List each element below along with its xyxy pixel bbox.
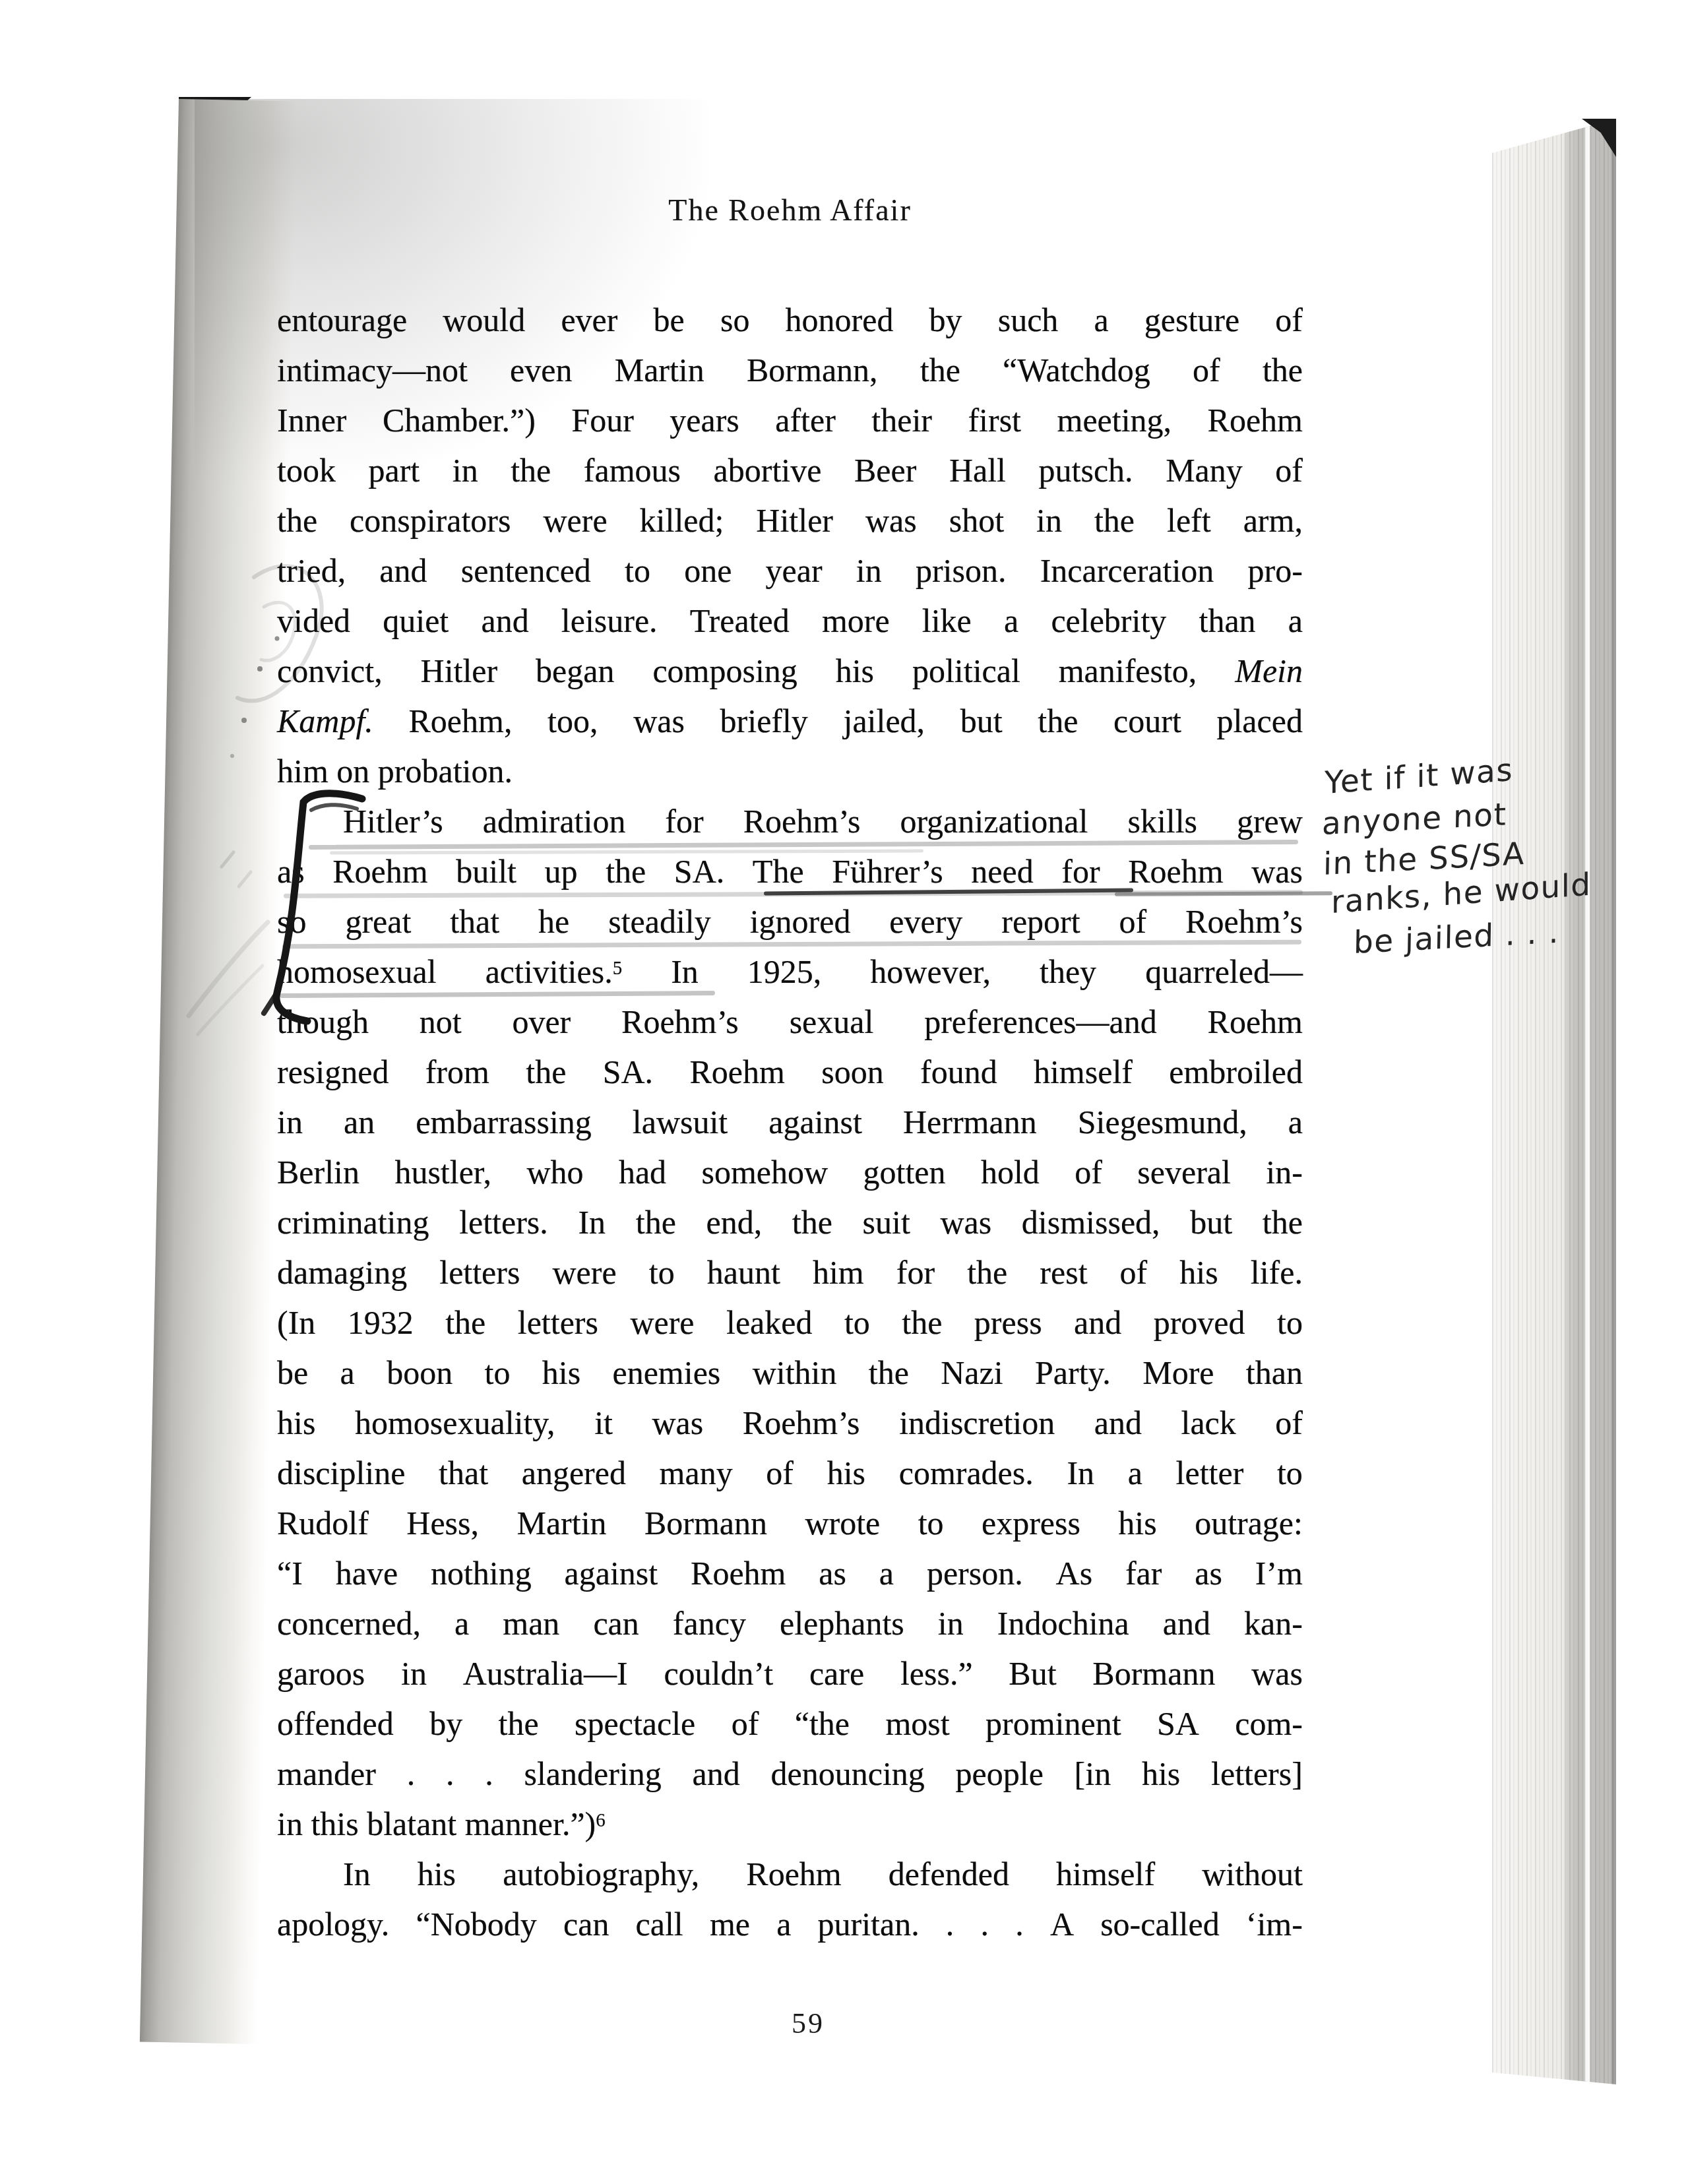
word: a: [776, 1899, 791, 1949]
word: com-: [1235, 1699, 1303, 1749]
word: but: [960, 696, 1003, 746]
word: they: [1040, 947, 1096, 997]
word: I’m: [1255, 1548, 1303, 1598]
word: who: [526, 1147, 583, 1197]
footnote-marker: 5: [613, 958, 623, 979]
body-line: tookpartinthefamousabortiveBeerHallputsc…: [277, 445, 1303, 495]
word: Herrmann: [903, 1097, 1037, 1147]
word: was: [940, 1197, 991, 1247]
word: himself: [1034, 1047, 1133, 1097]
word: letter: [1176, 1448, 1244, 1498]
word: hustler,: [394, 1147, 491, 1197]
word: against: [565, 1548, 658, 1598]
word: Roehm’s: [743, 796, 861, 846]
word: letters: [518, 1297, 598, 1348]
word: spectacle: [575, 1699, 695, 1749]
word: year: [766, 546, 823, 596]
word: manner.”)6: [465, 1799, 606, 1854]
word: resigned: [277, 1047, 389, 1097]
word: first: [968, 395, 1021, 445]
word: report: [1001, 896, 1080, 947]
word: embarrassing: [416, 1097, 592, 1147]
word: from: [425, 1047, 489, 1097]
word: to: [1277, 1297, 1303, 1348]
word: to: [649, 1247, 675, 1297]
word: autobiography,: [503, 1849, 699, 1899]
word: against: [768, 1097, 862, 1147]
word: was: [865, 495, 917, 546]
word: convict,: [277, 646, 383, 696]
word: to: [1277, 1448, 1303, 1498]
word: manifesto,: [1059, 646, 1197, 696]
word: hold: [981, 1147, 1040, 1197]
word: were: [553, 1247, 617, 1297]
word: Kampf.: [277, 696, 373, 746]
word: Rudolf: [277, 1498, 369, 1548]
word: in: [1036, 495, 1062, 546]
word: Roehm’s: [1185, 896, 1303, 947]
word: homosexual: [277, 947, 437, 997]
word: a: [879, 1548, 894, 1598]
word: a: [1288, 1097, 1303, 1147]
body-line: sogreatthathesteadilyignoredeveryreporto…: [277, 896, 1303, 947]
word: Nazi: [941, 1348, 1003, 1398]
word: Hitler: [421, 646, 498, 696]
word: 1932: [348, 1297, 414, 1348]
word: killed;: [640, 495, 724, 546]
word: .: [946, 1899, 954, 1949]
word: enemies: [612, 1348, 720, 1398]
word: Party.: [1035, 1348, 1111, 1398]
word: not: [420, 997, 462, 1047]
body-line: damaginglettersweretohaunthimfortheresto…: [277, 1247, 1303, 1297]
word: in: [453, 445, 478, 495]
word: one: [684, 546, 732, 596]
word: the: [1038, 696, 1078, 746]
word: quiet: [383, 596, 449, 646]
word: putsch.: [1039, 445, 1133, 495]
word: and: [1074, 1297, 1121, 1348]
word: letters: [439, 1247, 520, 1297]
word: of: [1075, 1147, 1102, 1197]
word: him: [813, 1247, 864, 1297]
word: entourage: [277, 295, 407, 345]
word: outrage:: [1195, 1498, 1303, 1548]
word: puritan.: [818, 1899, 920, 1949]
body-line: disciplinethatangeredmanyofhiscomrades.I…: [277, 1448, 1303, 1498]
word: wrote: [805, 1498, 880, 1548]
word: abortive: [714, 445, 822, 495]
word: composing: [652, 646, 797, 696]
body-line: convict,Hitlerbegancomposinghispolitical…: [277, 646, 1303, 696]
word: suit: [863, 1197, 910, 1247]
word: discipline: [277, 1448, 405, 1498]
word: would: [443, 295, 525, 345]
word: great: [345, 896, 411, 947]
word: that: [439, 1448, 488, 1498]
word: embroiled: [1169, 1047, 1303, 1097]
word: more: [822, 596, 890, 646]
body-line: Kampf.Roehm,too,wasbrieflyjailed,butthec…: [277, 696, 1303, 746]
body-line: beaboontohisenemieswithintheNaziParty.Mo…: [277, 1348, 1303, 1398]
word: however,: [870, 947, 991, 997]
word: political: [912, 646, 1020, 696]
word: the: [967, 1247, 1007, 1297]
word: was: [652, 1398, 703, 1448]
word: his: [277, 1398, 315, 1448]
word: lawsuit: [633, 1097, 728, 1147]
word: Siegesmund,: [1078, 1097, 1247, 1147]
word: but: [1190, 1197, 1232, 1247]
word: so: [277, 896, 306, 947]
word: of: [766, 1448, 794, 1498]
word: began: [536, 646, 614, 696]
word: gotten: [863, 1147, 946, 1197]
word: took: [277, 445, 336, 495]
word: SA.: [674, 846, 724, 896]
word: of: [1120, 1247, 1148, 1297]
word: care: [809, 1648, 864, 1699]
word: his: [1118, 1498, 1156, 1548]
word: ignored: [750, 896, 851, 947]
word: the: [511, 445, 551, 495]
word: and: [1163, 1598, 1210, 1648]
word: to: [918, 1498, 944, 1548]
body-line: Berlinhustler,whohadsomehowgottenholdofs…: [277, 1147, 1303, 1197]
word: Indochina: [997, 1598, 1129, 1648]
word: a: [454, 1598, 469, 1648]
word: such: [998, 295, 1059, 345]
margin-note-line: Yet if it was: [1325, 752, 1513, 801]
word: Mein: [1235, 646, 1303, 696]
body-line: “IhavenothingagainstRoehmasaperson.Asfar…: [277, 1548, 1303, 1598]
body-line: InnerChamber.”)Fouryearsaftertheirfirstm…: [277, 395, 1303, 445]
word: within: [753, 1348, 837, 1398]
word: as: [277, 846, 305, 896]
running-head: The Roehm Affair: [277, 193, 1303, 228]
word: .: [485, 1749, 493, 1799]
word: Roehm: [689, 1047, 784, 1097]
word: comrades.: [899, 1448, 1034, 1498]
word: Roehm: [1128, 846, 1223, 896]
word: the: [445, 1297, 485, 1348]
word: garoos: [277, 1648, 365, 1699]
word: But: [1009, 1648, 1056, 1699]
word: years: [670, 395, 739, 445]
word: honored: [786, 295, 894, 345]
word: his: [1179, 1247, 1218, 1297]
word: even: [510, 345, 572, 395]
word: of: [1275, 445, 1303, 495]
word: Hess,: [406, 1498, 479, 1548]
word: dismissed,: [1022, 1197, 1160, 1247]
word: have: [336, 1548, 398, 1598]
word: In: [578, 1197, 606, 1247]
body-line: inanembarrassinglawsuitagainstHerrmannSi…: [277, 1097, 1303, 1147]
body-line: RudolfHess,MartinBormannwrotetoexpresshi…: [277, 1498, 1303, 1548]
word: a: [1288, 596, 1303, 646]
word: his: [1142, 1749, 1180, 1799]
word: be: [654, 295, 685, 345]
footnote-marker: 6: [596, 1810, 606, 1831]
body-line: tried,andsentencedtooneyearinprison.Inca…: [277, 546, 1303, 596]
word: jailed,: [844, 696, 925, 746]
word: by: [929, 295, 962, 345]
body-line: homosexualactivities.5In1925,however,the…: [277, 947, 1303, 997]
word: of: [1119, 896, 1147, 947]
word: somehow: [702, 1147, 828, 1197]
word: defended: [889, 1849, 1009, 1899]
word: and: [481, 596, 528, 646]
word: homosexuality,: [355, 1398, 555, 1448]
word: In: [1067, 1448, 1094, 1498]
word: indiscretion: [899, 1398, 1055, 1448]
word: .: [407, 1749, 416, 1799]
word: a: [340, 1348, 355, 1398]
word: .: [446, 1749, 454, 1799]
word: can: [593, 1598, 639, 1648]
word: admiration: [483, 796, 626, 846]
word: over: [512, 997, 571, 1047]
word: preferences—and: [924, 997, 1157, 1047]
word: and: [693, 1749, 740, 1799]
word: his: [827, 1448, 865, 1498]
word: in: [277, 1799, 303, 1849]
word: SA: [1157, 1699, 1199, 1749]
word: prison.: [916, 546, 1007, 596]
word: In: [671, 947, 699, 997]
word: the: [869, 1348, 909, 1398]
word: ever: [561, 295, 617, 345]
word: Roehm’s: [621, 997, 739, 1047]
word: 1925,: [747, 947, 822, 997]
word: apology.: [277, 1899, 389, 1949]
word: Hitler: [756, 495, 833, 546]
word: person.: [927, 1548, 1023, 1598]
word: the: [1263, 1197, 1303, 1247]
word: call: [636, 1899, 683, 1949]
word: meeting,: [1057, 395, 1172, 445]
word: tried,: [277, 546, 346, 596]
word: far: [1125, 1548, 1162, 1598]
word: sexual: [790, 997, 874, 1047]
word: nothing: [431, 1548, 532, 1598]
word: rest: [1040, 1247, 1087, 1297]
body-line: entouragewouldeverbesohonoredbysuchagest…: [277, 295, 1303, 345]
word: Bormann: [644, 1498, 767, 1548]
word: himself: [1056, 1849, 1155, 1899]
word: Many: [1166, 445, 1243, 495]
word: proved: [1154, 1297, 1245, 1348]
word: in: [401, 1648, 427, 1699]
word: for: [665, 796, 703, 846]
body-line: (In1932theletterswereleakedtothepressand…: [277, 1297, 1303, 1348]
body-line: mander...slanderinganddenouncingpeople[i…: [277, 1749, 1303, 1799]
word: Führer’s: [832, 846, 943, 896]
word: couldn’t: [664, 1648, 773, 1699]
word: found: [920, 1047, 997, 1097]
word: The: [753, 846, 804, 896]
word: court: [1113, 696, 1181, 746]
page-number: 59: [755, 2007, 861, 2040]
word: (In: [277, 1297, 315, 1348]
word: quarreled—: [1145, 947, 1303, 997]
word: several: [1137, 1147, 1231, 1197]
word: criminating: [277, 1197, 429, 1247]
word: arm,: [1243, 495, 1303, 546]
word: leisure.: [561, 596, 658, 646]
word: leaked: [726, 1297, 812, 1348]
word: this: [311, 1799, 358, 1849]
word: Bormann,: [747, 345, 878, 395]
word: his: [836, 646, 874, 696]
scanned-book-page: The Roehm Affair entouragewouldeverbesoh…: [0, 0, 1688, 2184]
word: conspirators: [350, 495, 511, 546]
word: was: [633, 696, 685, 746]
word: the: [792, 1197, 832, 1247]
body-line: apology.“Nobodycancallmeapuritan....Aso-…: [277, 1899, 1303, 1949]
word: a: [1094, 295, 1108, 345]
word: Roehm: [746, 1849, 841, 1899]
word: Roehm: [691, 1548, 786, 1598]
word: pro-: [1248, 546, 1303, 596]
word: the: [277, 495, 317, 546]
word: ‘im-: [1246, 1899, 1303, 1949]
margin-note-line: anyone not: [1322, 796, 1507, 842]
word: for: [896, 1247, 935, 1297]
word: the: [526, 1047, 566, 1097]
word: Four: [571, 395, 633, 445]
word: in: [277, 1097, 303, 1147]
word: like: [922, 596, 972, 646]
body-line: garoosinAustralia—Icouldn’tcareless.”But…: [277, 1648, 1303, 1699]
word: Treated: [690, 596, 790, 646]
word: man: [503, 1598, 559, 1648]
word: though: [277, 997, 369, 1047]
word: of: [732, 1699, 759, 1749]
word: As: [1056, 1548, 1093, 1598]
word: “the: [795, 1699, 850, 1749]
word: life.: [1251, 1247, 1303, 1297]
word: activities.5: [485, 947, 623, 997]
word: famous: [584, 445, 681, 495]
word: as: [1195, 1548, 1222, 1598]
word: the: [902, 1297, 942, 1348]
word: in-: [1266, 1147, 1303, 1197]
word: on: [336, 746, 369, 796]
word: the: [1263, 345, 1303, 395]
word: “Nobody: [416, 1899, 537, 1949]
word: so: [720, 295, 749, 345]
word: shot: [949, 495, 1004, 546]
word: of: [1275, 295, 1303, 345]
word: so-called: [1100, 1899, 1219, 1949]
word: in: [938, 1598, 964, 1648]
word: press: [974, 1297, 1042, 1348]
word: Incarceration: [1040, 546, 1214, 596]
word: the: [636, 1197, 676, 1247]
word: be: [277, 1348, 308, 1398]
word: sentenced: [461, 546, 591, 596]
word: vided: [277, 596, 350, 646]
word: [in: [1075, 1749, 1111, 1799]
word: his: [418, 1849, 456, 1899]
word: end,: [706, 1197, 762, 1247]
body-line: criminatingletters.Intheend,thesuitwasdi…: [277, 1197, 1303, 1247]
word: angered: [522, 1448, 626, 1498]
word: soon: [821, 1047, 883, 1097]
word: offended: [277, 1699, 394, 1749]
body-line: hishomosexuality,itwasRoehm’sindiscretio…: [277, 1398, 1303, 1448]
word: express: [982, 1498, 1080, 1548]
body-text: entouragewouldeverbesohonoredbysuchagest…: [277, 295, 1303, 1949]
word: by: [429, 1699, 462, 1749]
word: Beer: [854, 445, 916, 495]
body-line: offendedbythespectacleof“themostprominen…: [277, 1699, 1303, 1749]
word: Martin: [615, 345, 704, 395]
word: in: [856, 546, 882, 596]
word: to: [625, 546, 650, 596]
word: as: [819, 1548, 846, 1598]
word: .: [981, 1899, 989, 1949]
word: Hitler’s: [343, 796, 443, 846]
word: organizational: [900, 796, 1088, 846]
word: less.”: [900, 1648, 973, 1699]
word: that: [450, 896, 499, 947]
word: denouncing: [771, 1749, 925, 1799]
body-line: videdquietandleisure.Treatedmorelikeacel…: [277, 596, 1303, 646]
word: were: [630, 1297, 694, 1348]
word: gesture: [1144, 295, 1239, 345]
word: More: [1142, 1348, 1214, 1398]
word: slandering: [524, 1749, 662, 1799]
word: an: [344, 1097, 375, 1147]
word: Roehm’s: [743, 1398, 860, 1448]
word: people: [956, 1749, 1044, 1799]
word: Berlin: [277, 1147, 359, 1197]
word: too,: [547, 696, 598, 746]
word: Chamber.”): [383, 395, 536, 445]
word: celebrity: [1051, 596, 1166, 646]
word: me: [710, 1899, 750, 1949]
word: he: [538, 896, 569, 947]
word: “Watchdog: [1003, 345, 1150, 395]
word: of: [1193, 345, 1220, 395]
word: was: [1251, 1648, 1303, 1699]
word: haunt: [707, 1247, 780, 1297]
word: steadily: [608, 896, 711, 947]
word: concerned,: [277, 1598, 421, 1648]
word: kan-: [1244, 1598, 1303, 1648]
word: every: [889, 896, 962, 947]
word: letters]: [1211, 1749, 1303, 1799]
body-line: resignedfromtheSA.Roehmsoonfoundhimselfe…: [277, 1047, 1303, 1097]
word: was: [1251, 846, 1303, 896]
word: placed: [1216, 696, 1302, 746]
word: Roehm: [1208, 395, 1303, 445]
body-line: him on probation.: [277, 746, 1303, 796]
word: elephants: [780, 1598, 904, 1648]
word: A: [1050, 1899, 1074, 1949]
body-line: Hitler’sadmirationforRoehm’sorganization…: [277, 796, 1303, 846]
word: Inner: [277, 395, 347, 445]
word: of: [1275, 1398, 1303, 1448]
word: were: [543, 495, 607, 546]
word: Roehm,: [409, 696, 513, 746]
word: his: [542, 1348, 580, 1398]
word: can: [563, 1899, 609, 1949]
word: Martin: [516, 1498, 606, 1548]
